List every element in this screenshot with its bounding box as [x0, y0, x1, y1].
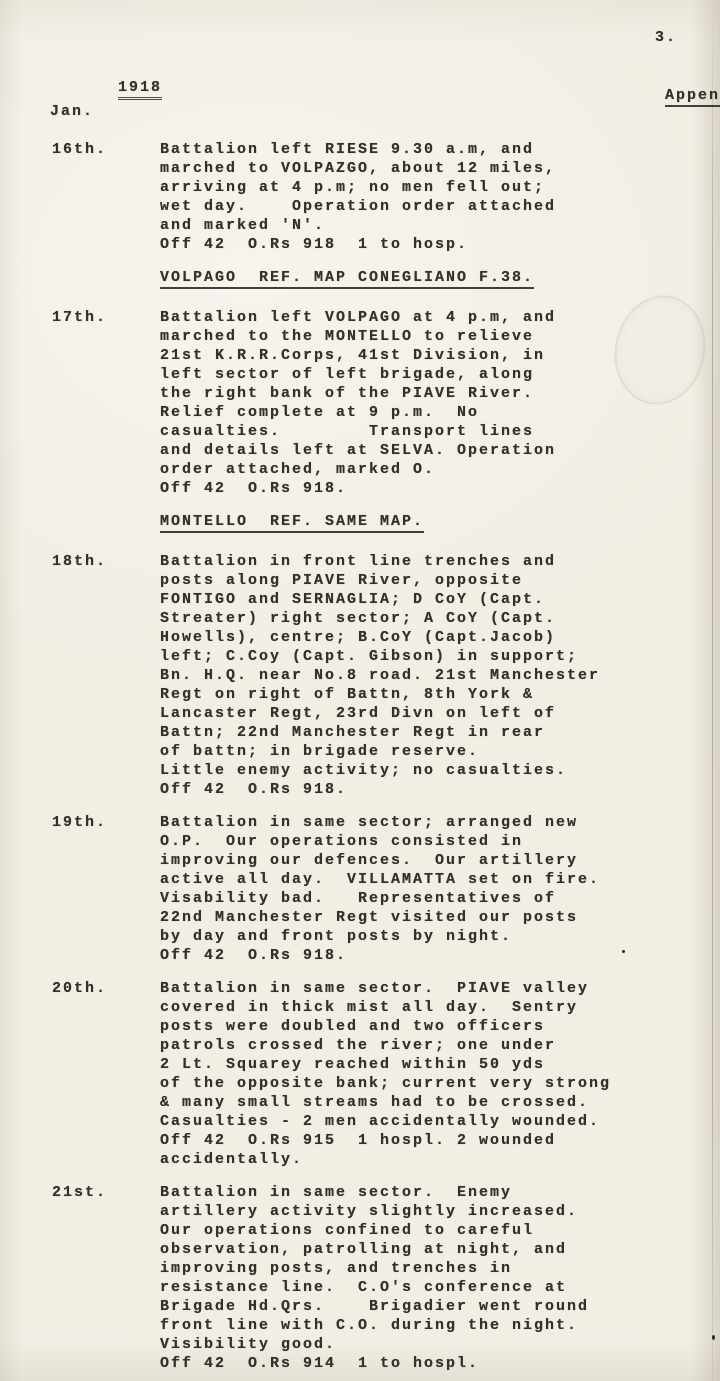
text-line: covered in thick mist all day. Sentry — [160, 998, 720, 1017]
text-line: O.P. Our operations consisted in — [160, 832, 720, 851]
text-line: Brigade Hd.Qrs. Brigadier went round — [160, 1297, 720, 1316]
text-line: Casualties - 2 men accidentally wounded. — [160, 1112, 720, 1131]
entry-date: 21st. — [52, 1183, 160, 1373]
entry-body: Battalion in front line trenches andpost… — [160, 552, 720, 799]
text-line: patrols crossed the river; one under — [160, 1036, 720, 1055]
appendix-label: Appendix. — [665, 87, 720, 107]
diary-entry: 16th.Battalion left RIESE 9.30 a.m, andm… — [52, 140, 720, 254]
entry-body: Battalion in same sector. Enemyartillery… — [160, 1183, 720, 1373]
text-line: Regt on right of Battn, 8th York & — [160, 685, 720, 704]
text-line: Off 42 O.Rs 918. — [160, 479, 720, 498]
text-line: active all day. VILLAMATTA set on fire. — [160, 870, 720, 889]
text-line: Our operations confined to careful — [160, 1221, 720, 1240]
diary-entry: 17th.Battalion left VOLPAGO at 4 p.m, an… — [52, 308, 720, 498]
text-line: posts along PIAVE River, opposite — [160, 571, 720, 590]
text-line: and marked 'N'. — [160, 216, 720, 235]
text-line: by day and front posts by night. — [160, 927, 720, 946]
text-line: Battalion in same sector. PIAVE valley — [160, 979, 720, 998]
text-line: & many small streams had to be crossed. — [160, 1093, 720, 1112]
text-line: order attached, marked O. — [160, 460, 720, 479]
text-line: marched to the MONTELLO to relieve — [160, 327, 720, 346]
text-line: resistance line. C.O's conference at — [160, 1278, 720, 1297]
entry-date: 19th. — [52, 813, 160, 965]
text-line: Bn. H.Q. near No.8 road. 21st Manchester — [160, 666, 720, 685]
text-line: artillery activity slightly increased. — [160, 1202, 720, 1221]
text-line: Lancaster Regt, 23rd Divn on left of — [160, 704, 720, 723]
text-line: the right bank of the PIAVE River. — [160, 384, 720, 403]
text-line: FONTIGO and SERNAGLIA; D CoY (Capt. — [160, 590, 720, 609]
text-line: Streater) right sector; A CoY (Capt. — [160, 609, 720, 628]
section-heading-text: MONTELLO REF. SAME MAP. — [160, 513, 424, 533]
text-line: left; C.Coy (Capt. Gibson) in support; — [160, 647, 720, 666]
text-line: Battalion in front line trenches and — [160, 552, 720, 571]
entry-date: 17th. — [52, 308, 160, 498]
text-line: Off 42 O.Rs 918. — [160, 780, 720, 799]
diary-entry: 19th.Battalion in same sector; arranged … — [52, 813, 720, 965]
text-line: Howells), centre; B.CoY (Capt.Jacob) — [160, 628, 720, 647]
diary-entry: 18th.Battalion in front line trenches an… — [52, 552, 720, 799]
text-line: Visibility good. — [160, 1335, 720, 1354]
text-line: wet day. Operation order attached — [160, 197, 720, 216]
text-line: accidentally. — [160, 1150, 720, 1169]
text-line: Off 42 O.Rs 918 1 to hosp. — [160, 235, 720, 254]
entry-body: Battalion in same sector; arranged newO.… — [160, 813, 720, 965]
text-line: Off 42 O.Rs 918. — [160, 946, 720, 965]
text-line: Off 42 O.Rs 915 1 hospl. 2 wounded — [160, 1131, 720, 1150]
text-line: of battn; in brigade reserve. — [160, 742, 720, 761]
entry-body: Battalion left VOLPAGO at 4 p.m, andmarc… — [160, 308, 720, 498]
text-line: improving our defences. Our artillery — [160, 851, 720, 870]
section-heading: VOLPAGO REF. MAP CONEGLIANO F.38. — [160, 268, 720, 288]
text-line: Battalion left VOLPAGO at 4 p.m, and — [160, 308, 720, 327]
text-line: front line with C.O. during the night. — [160, 1316, 720, 1335]
page-number: 3. — [655, 29, 677, 46]
entry-date: 16th. — [52, 140, 160, 254]
text-line: Battalion in same sector; arranged new — [160, 813, 720, 832]
text-line: Visability bad. Representatives of — [160, 889, 720, 908]
section-heading: MONTELLO REF. SAME MAP. — [160, 512, 720, 532]
entry-body: Battalion in same sector. PIAVE valleyco… — [160, 979, 720, 1169]
text-line: observation, patrolling at night, and — [160, 1240, 720, 1259]
diary-entries: 16th.Battalion left RIESE 9.30 a.m, andm… — [0, 140, 720, 1381]
text-line: Battn; 22nd Manchester Regt in rear — [160, 723, 720, 742]
text-line: 22nd Manchester Regt visited our posts — [160, 908, 720, 927]
diary-entry: 20th.Battalion in same sector. PIAVE val… — [52, 979, 720, 1169]
diary-page: 3. 1918 Appendix. Jan. 16th.Battalion le… — [0, 0, 720, 1381]
entry-body: Battalion left RIESE 9.30 a.m, andmarche… — [160, 140, 720, 254]
text-line: marched to VOLPAZGO, about 12 miles, — [160, 159, 720, 178]
text-line: posts were doubled and two officers — [160, 1017, 720, 1036]
month-label: Jan. — [50, 103, 94, 120]
text-line: 21st K.R.R.Corps, 41st Division, in — [160, 346, 720, 365]
text-line: 2 Lt. Squarey reached within 50 yds — [160, 1055, 720, 1074]
text-line: Relief complete at 9 p.m. No — [160, 403, 720, 422]
text-line: of the opposite bank; current very stron… — [160, 1074, 720, 1093]
text-line: left sector of left brigade, along — [160, 365, 720, 384]
text-line: improving posts, and trenches in — [160, 1259, 720, 1278]
text-line: casualties. Transport lines — [160, 422, 720, 441]
year-label: 1918 — [118, 79, 162, 100]
text-line: Battalion in same sector. Enemy — [160, 1183, 720, 1202]
text-line: Off 42 O.Rs 914 1 to hospl. — [160, 1354, 720, 1373]
diary-entry: 21st.Battalion in same sector. Enemyarti… — [52, 1183, 720, 1373]
text-line: and details left at SELVA. Operation — [160, 441, 720, 460]
text-line: Little enemy activity; no casualties. — [160, 761, 720, 780]
text-line: arriving at 4 p.m; no men fell out; — [160, 178, 720, 197]
text-line: Battalion left RIESE 9.30 a.m, and — [160, 140, 720, 159]
entry-date: 18th. — [52, 552, 160, 799]
entry-date: 20th. — [52, 979, 160, 1169]
section-heading-text: VOLPAGO REF. MAP CONEGLIANO F.38. — [160, 269, 534, 289]
